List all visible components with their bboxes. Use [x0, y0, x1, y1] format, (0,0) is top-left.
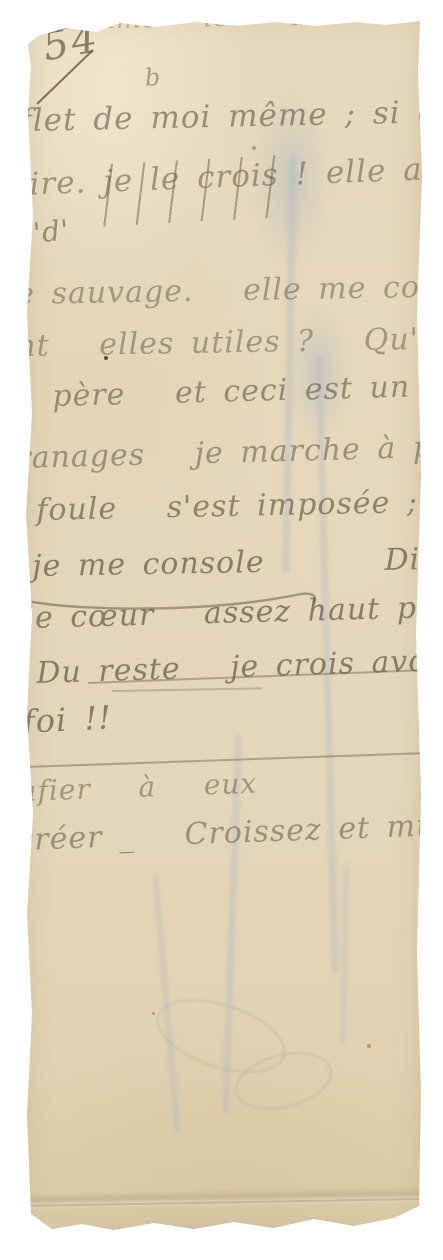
horizontal-rule	[26, 752, 422, 768]
handwritten-line-11: foi !!	[24, 701, 113, 738]
crossed-out-slashes	[81, 155, 294, 228]
paper-crease	[24, 1186, 422, 1209]
word-dieu: Dieu	[384, 545, 422, 576]
handwritten-line-4: nt elles utiles ? Qu'impor	[24, 323, 422, 362]
strikethrough-line-2	[112, 687, 262, 692]
handwritten-line-6: ranages je marche à pre	[24, 432, 422, 474]
scan-background: comme les au 54 b flet de moi même ; si …	[0, 0, 443, 1260]
foxing-speck	[152, 1012, 155, 1015]
foxing-speck	[367, 1044, 371, 1048]
aside-mark: 'd'	[32, 216, 71, 248]
foxing-speck	[56, 28, 60, 32]
phrase-je-me-console: je me console	[32, 548, 265, 582]
handwritten-line-13: créer _ Croissez et multipliez	[24, 807, 422, 856]
handwritten-line-7: foule s'est imposée ; ce	[36, 487, 422, 526]
handwritten-line-12: ufier à eux	[24, 770, 258, 806]
ink-speck-purple	[252, 146, 256, 150]
line-gap	[264, 546, 385, 578]
handwritten-line-8: je me console Dieu	[32, 545, 422, 582]
small-mark: b	[144, 65, 162, 90]
page-number: 54	[40, 18, 103, 67]
handwritten-line-top-cut: comme les au	[58, 14, 324, 34]
handwritten-line-1: flet de moi même ; si ob	[24, 97, 422, 137]
manuscript-paper: comme les au 54 b flet de moi même ; si …	[24, 14, 422, 1236]
ink-speck	[104, 356, 108, 360]
handwritten-line-3: e sauvage. elle me compre	[24, 271, 422, 310]
ghost-streak-5	[340, 864, 348, 1044]
